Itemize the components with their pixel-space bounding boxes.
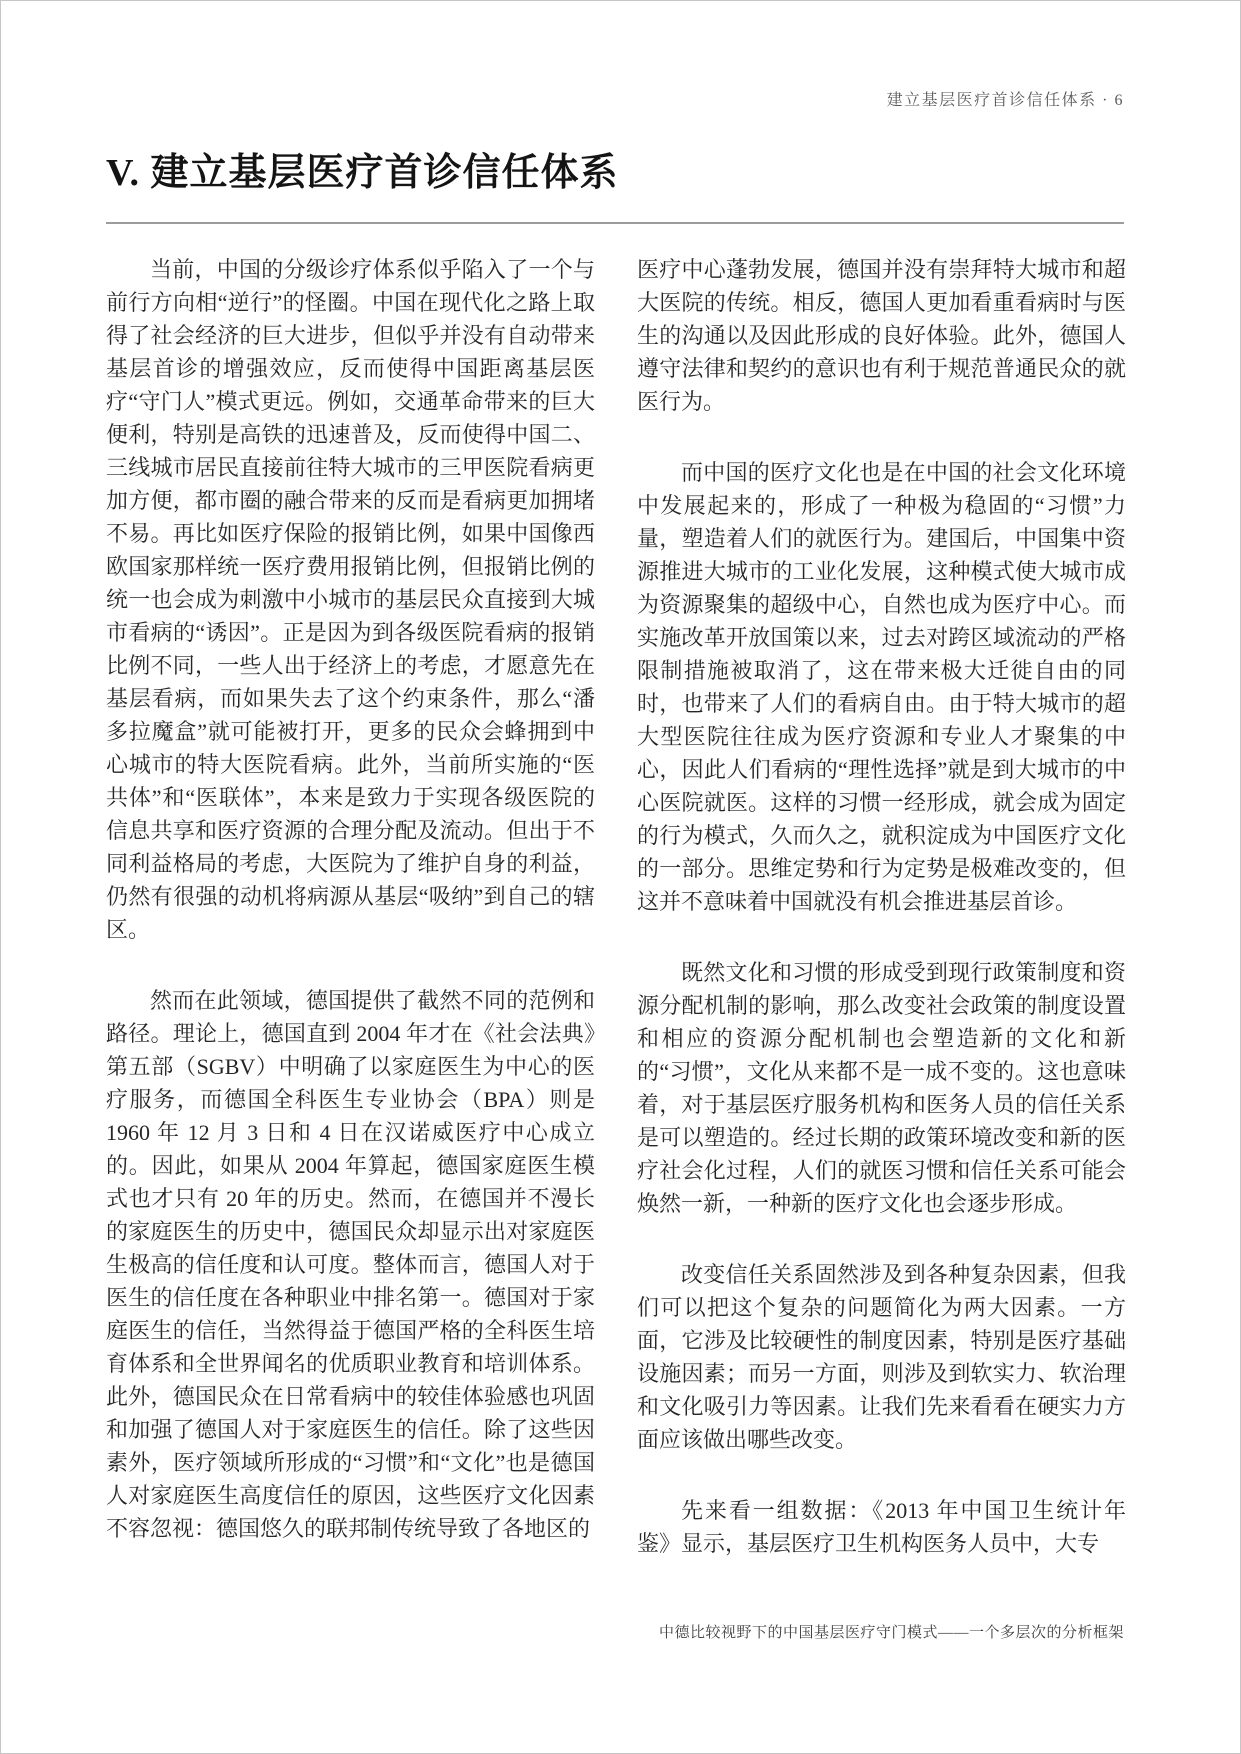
running-footer-text: 中德比较视野下的中国基层医疗守门模式——一个多层次的分析框架	[659, 1625, 1124, 1641]
body-paragraph: 先来看一组数据：《2013 年中国卫生统计年鉴》显示，基层医疗卫生机构医务人员中…	[637, 1494, 1126, 1560]
running-header: 建立基层医疗首诊信任体系 · 6	[887, 87, 1124, 110]
body-paragraph: 医疗中心蓬勃发展，德国并没有崇拜特大城市和超大医院的传统。相反，德国人更加看重看…	[637, 253, 1126, 418]
section-title: V. 建立基层医疗首诊信任体系	[106, 141, 619, 196]
running-footer: 中德比较视野下的中国基层医疗守门模式——一个多层次的分析框架	[659, 1621, 1124, 1642]
text-columns: 当前，中国的分级诊疗体系似乎陷入了一个与前行方向相“逆行”的怪圈。中国在现代化之…	[106, 253, 1126, 1560]
body-paragraph: 既然文化和习惯的形成受到现行政策制度和资源分配机制的影响，那么改变社会政策的制度…	[637, 956, 1126, 1220]
body-paragraph: 而中国的医疗文化也是在中国的社会文化环境中发展起来的，形成了一种极为稳固的“习惯…	[637, 456, 1126, 918]
body-paragraph: 然而在此领域，德国提供了截然不同的范例和路径。理论上，德国直到 2004 年才在…	[106, 984, 595, 1545]
column-left: 当前，中国的分级诊疗体系似乎陷入了一个与前行方向相“逆行”的怪圈。中国在现代化之…	[106, 253, 595, 1560]
body-paragraph: 改变信任关系固然涉及到各种复杂因素，但我们可以把这个复杂的问题简化为两大因素。一…	[637, 1258, 1126, 1456]
title-rule	[106, 222, 1124, 224]
document-page: 建立基层医疗首诊信任体系 · 6 V. 建立基层医疗首诊信任体系 当前，中国的分…	[0, 0, 1241, 1754]
body-paragraph: 当前，中国的分级诊疗体系似乎陷入了一个与前行方向相“逆行”的怪圈。中国在现代化之…	[106, 253, 595, 946]
column-right: 医疗中心蓬勃发展，德国并没有崇拜特大城市和超大医院的传统。相反，德国人更加看重看…	[637, 253, 1126, 1560]
running-header-text: 建立基层医疗首诊信任体系 · 6	[887, 92, 1124, 109]
